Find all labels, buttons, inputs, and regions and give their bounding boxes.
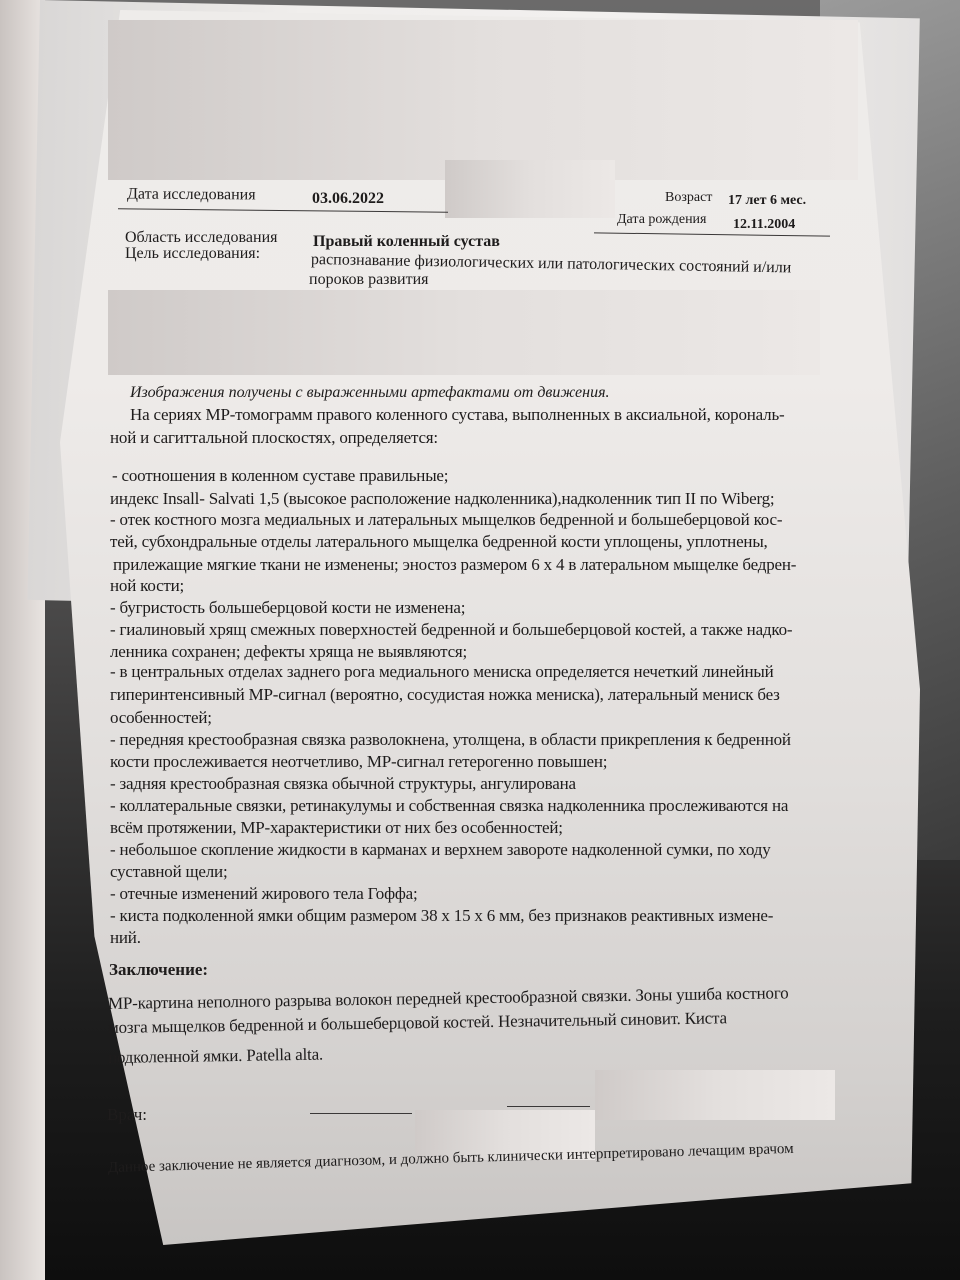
birth-date-value: 12.11.2004 <box>733 217 795 233</box>
area-value: Правый коленный сустав <box>313 233 500 251</box>
finding-line: особенностей; <box>110 708 212 728</box>
finding-line: - отечные изменений жирового тела Гоффа; <box>110 884 418 904</box>
finding-line: - передняя крестообразная связка разволо… <box>110 730 791 750</box>
header-rule-left <box>118 208 448 212</box>
finding-line: - отек костного мозга медиальных и латер… <box>110 510 782 530</box>
age-value: 17 лет 6 мес. <box>728 193 806 209</box>
finding-line: - соотношения в коленном суставе правиль… <box>112 466 448 486</box>
study-date: 03.06.2022 <box>312 190 384 208</box>
finding-line: - коллатеральные связки, ретинакулумы и … <box>110 796 788 816</box>
finding-line: прилежащие мягкие ткани не изменены; эно… <box>113 555 796 575</box>
disclaimer: Данное заключение не является диагнозом,… <box>108 1141 794 1177</box>
study-date-label: Дата исследования <box>127 186 256 205</box>
purpose-line-2: пороков развития <box>309 271 429 289</box>
finding-line: суставной щели; <box>110 862 227 882</box>
age-label: Возраст <box>665 190 712 206</box>
conclusion-line: мозга мыщелков бедренной и большеберцово… <box>108 1008 727 1038</box>
purpose-label: Цель исследования: <box>125 245 260 263</box>
intro-line-2: ной и сагиттальной плоскостях, определяе… <box>110 428 438 448</box>
finding-line: - небольшое скопление жидкости в кармана… <box>110 840 771 860</box>
finding-line: всём протяжении, МР-характеристики от ни… <box>110 818 563 838</box>
finding-line: индекс Insall- Salvati 1,5 (высокое расп… <box>110 489 774 509</box>
signature-line-2 <box>507 1106 590 1107</box>
finding-line: - в центральных отделах заднего рога мед… <box>110 662 774 682</box>
birth-date-label: Дата рождения <box>617 212 707 228</box>
conclusion-line: подколенной ямки. Patella alta. <box>108 1045 323 1068</box>
finding-line: ленника сохранен; дефекты хряща не выявл… <box>110 642 467 662</box>
intro-line-1: На сериях МР-томограмм правого коленного… <box>130 405 784 425</box>
finding-line: ной кости; <box>110 576 184 596</box>
finding-line: - гиалиновый хрящ смежных поверхностей б… <box>110 620 792 640</box>
finding-line: ний. <box>110 928 141 948</box>
mri-report: Дата исследования 03.06.2022 Возраст 17 … <box>0 0 960 1280</box>
finding-line: кости прослеживается неотчетливо, МР-сиг… <box>110 752 607 772</box>
artifact-note: Изображения получены с выраженными артеф… <box>130 384 610 402</box>
signature-line-1 <box>310 1113 412 1114</box>
finding-line: тей, субхондральные отделы латерального … <box>110 532 768 552</box>
finding-line: - задняя крестообразная связка обычной с… <box>110 774 576 794</box>
finding-line: - бугристость большеберцовой кости не из… <box>110 598 465 618</box>
finding-line: - киста подколенной ямки общим размером … <box>110 906 773 926</box>
finding-line: гиперинтенсивный МР-сигнал (вероятно, со… <box>110 685 780 705</box>
doctor-label: Врач: <box>107 1105 147 1125</box>
conclusion-heading: Заключение: <box>109 960 208 980</box>
